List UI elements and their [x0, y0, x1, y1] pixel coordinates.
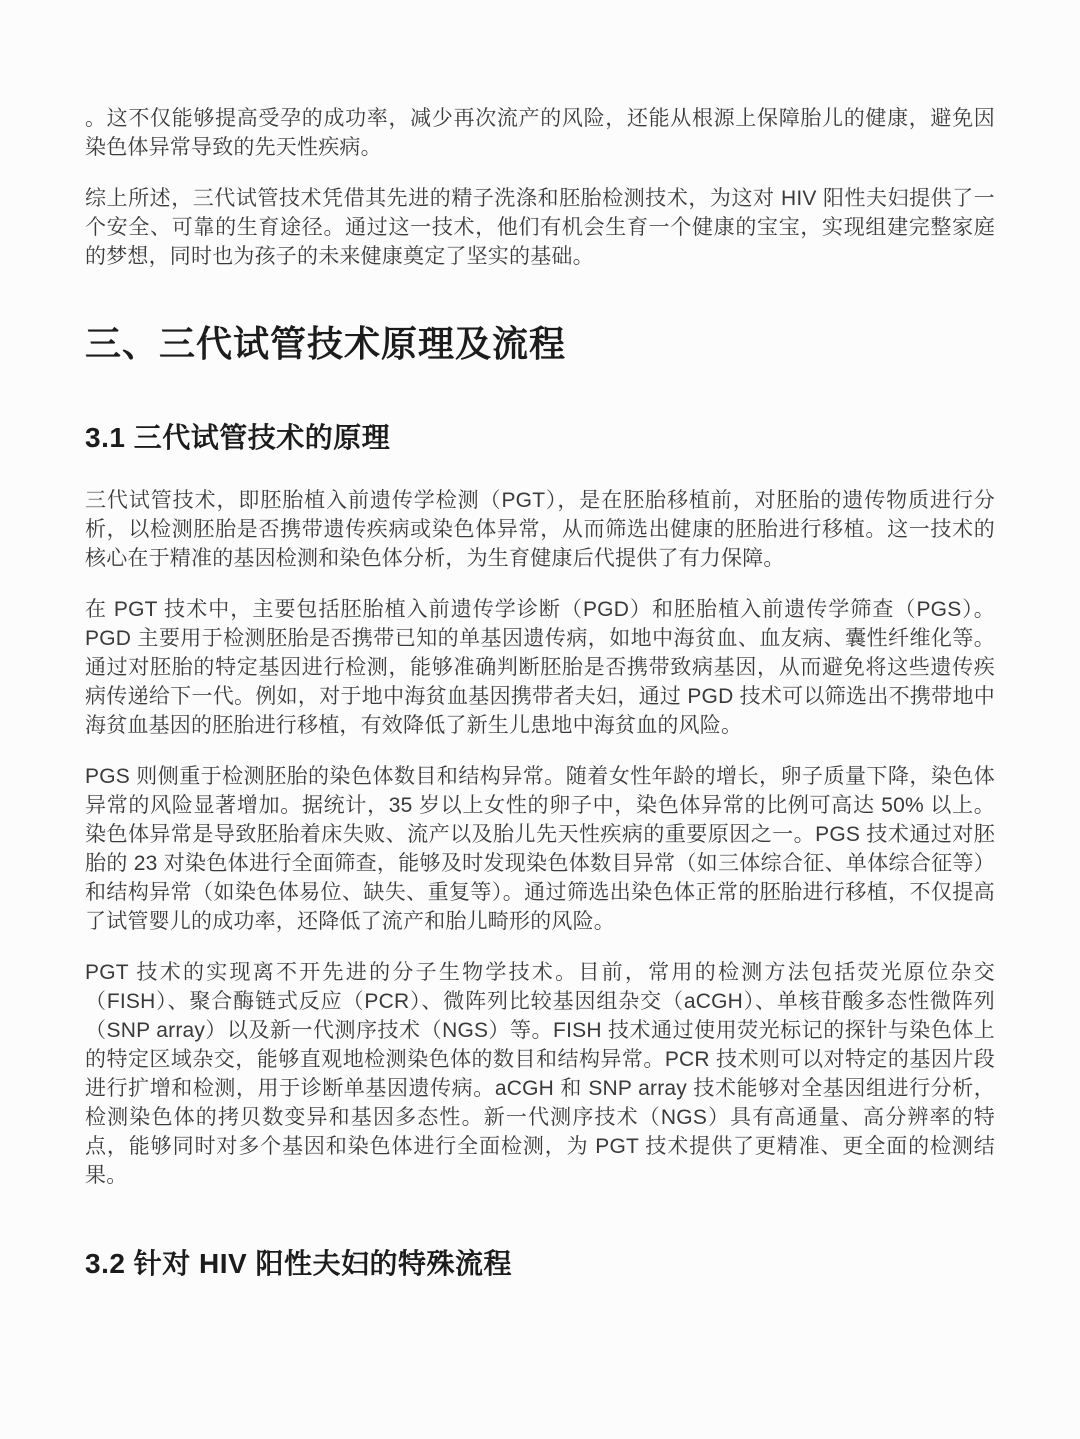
subsection-heading-3-2: 3.2 针对 HIV 阳性夫妇的特殊流程 — [85, 1245, 995, 1283]
subsection-heading-3-1: 3.1 三代试管技术的原理 — [85, 419, 995, 457]
paragraph-pgt-overview: 三代试管技术，即胚胎植入前遗传学检测（PGT），是在胚胎移植前，对胚胎的遗传物质… — [85, 486, 995, 573]
document-content: 。这不仅能够提高受孕的成功率，减少再次流产的风险，还能从根源上保障胎儿的健康，避… — [0, 0, 1080, 1283]
paragraph-pgs-description: PGS 则侧重于检测胚胎的染色体数目和结构异常。随着女性年龄的增长，卵子质量下降… — [85, 762, 995, 936]
document-page: 。这不仅能够提高受孕的成功率，减少再次流产的风险，还能从根源上保障胎儿的健康，避… — [0, 0, 1080, 1439]
paragraph-pgd-description: 在 PGT 技术中，主要包括胚胎植入前遗传学诊断（PGD）和胚胎植入前遗传学筛查… — [85, 595, 995, 740]
summary-paragraph: 综上所述，三代试管技术凭借其先进的精子洗涤和胚胎检测技术，为这对 HIV 阳性夫… — [85, 184, 995, 271]
continuation-paragraph: 。这不仅能够提高受孕的成功率，减少再次流产的风险，还能从根源上保障胎儿的健康，避… — [85, 104, 995, 162]
section-heading: 三、三代试管技术原理及流程 — [85, 322, 995, 366]
paragraph-molecular-techniques: PGT 技术的实现离不开先进的分子生物学技术。目前，常用的检测方法包括荧光原位杂… — [85, 958, 995, 1190]
